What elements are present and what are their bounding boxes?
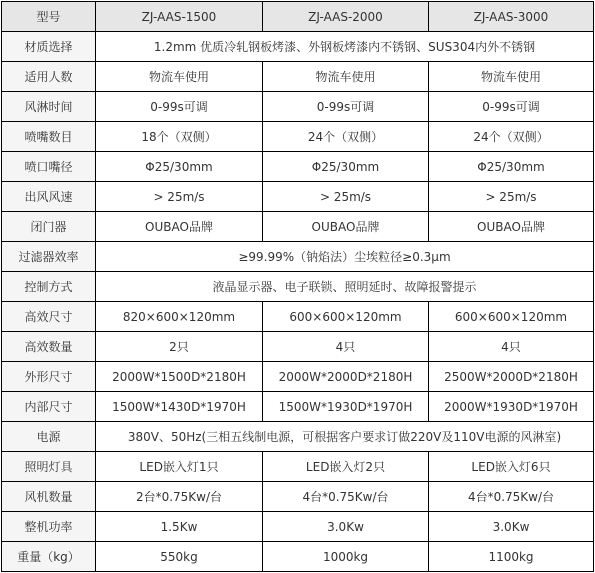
cell-model-3: 1100kg: [429, 542, 594, 572]
row-shower-time: 风淋时间 0-99s可调 0-99s可调 0-99s可调: [2, 92, 594, 122]
row-filter-efficiency: 过滤器效率 ≥99.99%（钠焰法）尘埃粒径≥0.3μm: [2, 242, 594, 272]
cell-model-2: 1500W*1930D*1970H: [263, 392, 429, 422]
row-label: 整机功率: [2, 512, 96, 542]
cell-model-3: 4台*0.75Kw/台: [429, 482, 594, 512]
cell-model-3: 24个（双侧）: [429, 122, 594, 152]
cell-model-2: > 25m/s: [263, 182, 429, 212]
row-label: 出风风速: [2, 182, 96, 212]
cell-model-1: 2只: [96, 332, 263, 362]
cell-model-3: LED嵌入灯6只: [429, 452, 594, 482]
cell-model-2: 24个（双侧）: [263, 122, 429, 152]
cell-model-2: 600×600×120mm: [263, 302, 429, 332]
row-nozzle-diameter: 喷口嘴径 Φ25/30mm Φ25/30mm Φ25/30mm: [2, 152, 594, 182]
cell-model-1: 2台*0.75Kw/台: [96, 482, 263, 512]
row-label: 高效数量: [2, 332, 96, 362]
row-label: 电源: [2, 422, 96, 452]
row-label: 风机数量: [2, 482, 96, 512]
cell-model-1: 物流车使用: [96, 62, 263, 92]
row-label: 内部尺寸: [2, 392, 96, 422]
row-hepa-size: 高效尺寸 820×600×120mm 600×600×120mm 600×600…: [2, 302, 594, 332]
row-label: 材质选择: [2, 32, 96, 62]
row-label: 喷嘴数目: [2, 122, 96, 152]
row-door-closer: 闭门器 OUBAO品牌 OUBAO品牌 OUBAO品牌: [2, 212, 594, 242]
cell-model-3: OUBAO品牌: [429, 212, 594, 242]
cell-model-2: OUBAO品牌: [263, 212, 429, 242]
row-span-value: 液晶显示器、电子联锁、照明延时、故障报警提示: [96, 272, 594, 302]
spec-table: 型号 ZJ-AAS-1500 ZJ-AAS-2000 ZJ-AAS-3000 材…: [1, 1, 594, 572]
header-model-3: ZJ-AAS-3000: [429, 2, 594, 32]
row-label: 过滤器效率: [2, 242, 96, 272]
cell-model-2: 3.0Kw: [263, 512, 429, 542]
cell-model-1: 1.5Kw: [96, 512, 263, 542]
row-span-value: 380V、50Hz(三相五线制电源，可根据客户要求订做220V及110V电源的风…: [96, 422, 594, 452]
header-model-2: ZJ-AAS-2000: [263, 2, 429, 32]
header-label-model: 型号: [2, 2, 96, 32]
cell-model-1: 820×600×120mm: [96, 302, 263, 332]
row-air-speed: 出风风速 > 25m/s > 25m/s > 25m/s: [2, 182, 594, 212]
cell-model-2: 4台*0.75Kw/台: [263, 482, 429, 512]
row-applicable: 适用人数 物流车使用 物流车使用 物流车使用: [2, 62, 594, 92]
row-power-supply: 电源 380V、50Hz(三相五线制电源，可根据客户要求订做220V及110V电…: [2, 422, 594, 452]
row-span-value: ≥99.99%（钠焰法）尘埃粒径≥0.3μm: [96, 242, 594, 272]
row-hepa-count: 高效数量 2只 4只 4只: [2, 332, 594, 362]
row-control-mode: 控制方式 液晶显示器、电子联锁、照明延时、故障报警提示: [2, 272, 594, 302]
row-label: 适用人数: [2, 62, 96, 92]
cell-model-3: 2000W*1930D*1970H: [429, 392, 594, 422]
cell-model-3: 600×600×120mm: [429, 302, 594, 332]
row-label: 外形尺寸: [2, 362, 96, 392]
header-model-1: ZJ-AAS-1500: [96, 2, 263, 32]
cell-model-2: Φ25/30mm: [263, 152, 429, 182]
cell-model-1: 0-99s可调: [96, 92, 263, 122]
row-label: 闭门器: [2, 212, 96, 242]
cell-model-1: 2000W*1500D*2180H: [96, 362, 263, 392]
cell-model-3: 4只: [429, 332, 594, 362]
row-label: 重量（kg）: [2, 542, 96, 572]
row-material: 材质选择 1.2mm 优质冷轧钢板烤漆、外钢板烤漆内不锈钢、SUS304内外不锈…: [2, 32, 594, 62]
cell-model-3: > 25m/s: [429, 182, 594, 212]
row-outer-size: 外形尺寸 2000W*1500D*2180H 2000W*2000D*2180H…: [2, 362, 594, 392]
cell-model-3: 物流车使用: [429, 62, 594, 92]
cell-model-1: Φ25/30mm: [96, 152, 263, 182]
cell-model-1: 1500W*1430D*1970H: [96, 392, 263, 422]
header-row: 型号 ZJ-AAS-1500 ZJ-AAS-2000 ZJ-AAS-3000: [2, 2, 594, 32]
row-span-value: 1.2mm 优质冷轧钢板烤漆、外钢板烤漆内不锈钢、SUS304内外不锈钢: [96, 32, 594, 62]
cell-model-3: 3.0Kw: [429, 512, 594, 542]
cell-model-3: 0-99s可调: [429, 92, 594, 122]
row-total-power: 整机功率 1.5Kw 3.0Kw 3.0Kw: [2, 512, 594, 542]
cell-model-3: Φ25/30mm: [429, 152, 594, 182]
row-nozzle-count: 喷嘴数目 18个（双侧） 24个（双侧） 24个（双侧）: [2, 122, 594, 152]
cell-model-2: 4只: [263, 332, 429, 362]
row-inner-size: 内部尺寸 1500W*1430D*1970H 1500W*1930D*1970H…: [2, 392, 594, 422]
row-label: 高效尺寸: [2, 302, 96, 332]
row-lighting: 照明灯具 LED嵌入灯1只 LED嵌入灯2只 LED嵌入灯6只: [2, 452, 594, 482]
row-weight: 重量（kg） 550kg 1000kg 1100kg: [2, 542, 594, 572]
row-label: 喷口嘴径: [2, 152, 96, 182]
cell-model-1: 18个（双侧）: [96, 122, 263, 152]
cell-model-2: 2000W*2000D*2180H: [263, 362, 429, 392]
cell-model-2: 物流车使用: [263, 62, 429, 92]
row-label: 控制方式: [2, 272, 96, 302]
cell-model-2: 1000kg: [263, 542, 429, 572]
cell-model-1: LED嵌入灯1只: [96, 452, 263, 482]
cell-model-1: > 25m/s: [96, 182, 263, 212]
cell-model-1: 550kg: [96, 542, 263, 572]
cell-model-2: 0-99s可调: [263, 92, 429, 122]
cell-model-1: OUBAO品牌: [96, 212, 263, 242]
row-label: 风淋时间: [2, 92, 96, 122]
row-fan-count: 风机数量 2台*0.75Kw/台 4台*0.75Kw/台 4台*0.75Kw/台: [2, 482, 594, 512]
cell-model-2: LED嵌入灯2只: [263, 452, 429, 482]
cell-model-3: 2500W*2000D*2180H: [429, 362, 594, 392]
row-label: 照明灯具: [2, 452, 96, 482]
